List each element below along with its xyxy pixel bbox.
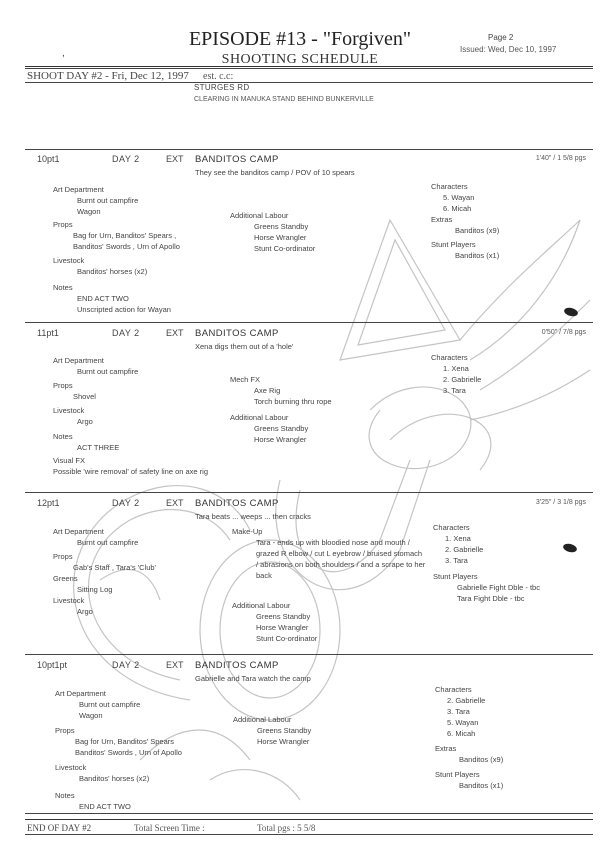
scene-day: DAY 2	[112, 154, 140, 164]
group-heading: Livestock	[53, 405, 253, 416]
group-item: Banditos (x9)	[435, 754, 503, 765]
group-heading: Livestock	[55, 762, 182, 773]
scene-breakdown-middle: Additional Labour Greens Standby Horse W…	[233, 714, 311, 747]
scene-breakdown-left: Art Department Burnt out campfire Wagon …	[53, 184, 180, 315]
shoot-day-label: SHOOT DAY #2 - Fri, Dec 12, 1997	[27, 70, 189, 82]
end-of-day-label: END OF DAY #2	[27, 823, 91, 833]
group-heading: Stunt Players	[435, 769, 503, 780]
group-heading: Characters	[431, 352, 481, 363]
scene-set: BANDITOS CAMP	[195, 660, 279, 671]
group-heading: Stunt Players	[433, 571, 540, 582]
group-heading: Stunt Players	[431, 239, 499, 250]
scene-breakdown-left: Art Department Burnt out campfire Props …	[53, 526, 156, 617]
header-rule	[25, 66, 593, 67]
ink-blot	[562, 542, 578, 553]
scene-length: 3'25" / 3 1/8 pgs	[536, 499, 586, 506]
group-item: Horse Wrangler	[230, 232, 315, 243]
group-heading: Art Department	[53, 526, 156, 537]
scene-length: 1'40" / 1 5/8 pgs	[536, 155, 586, 162]
group-item: Axe Rig	[230, 385, 332, 396]
scene-divider	[25, 149, 593, 150]
group-heading: Extras	[431, 214, 499, 225]
character-item: 5. Wayan	[435, 717, 503, 728]
group-heading: Characters	[435, 684, 503, 695]
group-heading: Additional Labour	[230, 210, 315, 221]
character-item: 2. Gabrielle	[431, 374, 481, 385]
group-item: Horse Wrangler	[230, 434, 332, 445]
scene-breakdown-left: Art Department Burnt out campfire Wagon …	[55, 688, 182, 812]
group-heading: Notes	[55, 790, 182, 801]
group-heading: Livestock	[53, 595, 156, 606]
estimated-cc: est. c.c:	[203, 71, 233, 82]
scene-breakdown-left: Art Department Burnt out campfire Props …	[53, 355, 253, 477]
group-heading: Greens	[53, 573, 156, 584]
page-number: Page 2	[488, 33, 513, 42]
scene-breakdown-middle: Mech FX Axe Rig Torch burning thru rope …	[230, 374, 332, 445]
group-item: Banditos (x9)	[431, 225, 499, 236]
scene-breakdown-right: Characters 1. Xena 2. Gabrielle 3. Tara …	[433, 522, 540, 604]
group-item: Banditos' Swords , Urn of Apollo	[53, 241, 180, 252]
group-item: Shovel	[53, 391, 253, 402]
group-item: Burnt out campfire	[53, 366, 253, 377]
group-item: Tara - ends up with bloodied nose and mo…	[232, 537, 426, 581]
group-item: Banditos (x1)	[431, 250, 499, 261]
group-heading: Props	[53, 380, 253, 391]
ink-blot	[563, 306, 579, 317]
scene-number: 10pt1pt	[37, 660, 67, 670]
group-heading: Props	[53, 551, 156, 562]
group-item: Stunt Co-ordinator	[232, 633, 426, 644]
character-item: 3. Tara	[435, 706, 503, 717]
group-heading: Props	[55, 725, 182, 736]
scene-set: BANDITOS CAMP	[195, 498, 279, 509]
character-item: 6. Micah	[431, 203, 499, 214]
character-item: 3. Tara	[433, 555, 540, 566]
group-heading: Art Department	[53, 184, 180, 195]
group-item: Bag for Urn, Banditos' Spears ,	[53, 230, 180, 241]
scene-int-ext: EXT	[166, 498, 184, 508]
group-heading: Characters	[431, 181, 499, 192]
group-heading: Notes	[53, 431, 253, 442]
group-item: Greens Standby	[233, 725, 311, 736]
group-heading: Characters	[433, 522, 540, 533]
group-item: Wagon	[55, 710, 182, 721]
group-heading: Props	[53, 219, 180, 230]
scene-breakdown-right: Characters 2. Gabrielle 3. Tara 5. Wayan…	[435, 684, 503, 791]
character-item: 5. Wayan	[431, 192, 499, 203]
group-item: Burnt out campfire	[53, 537, 156, 548]
character-item: 1. Xena	[431, 363, 481, 374]
scene-breakdown-right: Characters 5. Wayan 6. Micah Extras Band…	[431, 181, 499, 261]
group-item: Possible 'wire removal' of safety line o…	[53, 466, 253, 477]
group-heading: Mech FX	[230, 374, 332, 385]
group-item: Argo	[53, 606, 156, 617]
group-item: Torch burning thru rope	[230, 396, 332, 407]
group-item: Horse Wrangler	[232, 622, 426, 633]
group-heading: Additional Labour	[232, 600, 426, 611]
scene-synopsis: They see the banditos camp / POV of 10 s…	[195, 168, 355, 177]
scene-int-ext: EXT	[166, 660, 184, 670]
group-heading: Make-Up	[232, 526, 426, 537]
scene-breakdown-middle: Make-Up Tara - ends up with bloodied nos…	[232, 526, 426, 644]
group-heading: Extras	[435, 743, 503, 754]
group-item: Horse Wrangler	[233, 736, 311, 747]
group-heading: Additional Labour	[230, 412, 332, 423]
scene-day: DAY 2	[112, 498, 140, 508]
scene-synopsis: Tara beats ... weeps ... then cracks	[195, 512, 311, 521]
group-item: Gab's Staff , Tara's 'Club'	[53, 562, 156, 573]
scene-set: BANDITOS CAMP	[195, 154, 279, 165]
footer-rule-bottom	[25, 834, 593, 835]
group-item: Sitting Log	[53, 584, 156, 595]
group-item: Greens Standby	[230, 221, 315, 232]
group-heading: Art Department	[53, 355, 253, 366]
shoot-day-rule	[25, 82, 593, 83]
scene-synopsis: Gabrielle and Tara watch the camp	[195, 674, 311, 683]
character-item: 6. Micah	[435, 728, 503, 739]
scene-number: 12pt1	[37, 498, 60, 508]
total-pages: Total pgs : 5 5/8	[257, 823, 315, 833]
scene-divider	[25, 322, 593, 323]
scene-set: BANDITOS CAMP	[195, 328, 279, 339]
character-item: 1. Xena	[433, 533, 540, 544]
header-rule-thin	[25, 68, 593, 69]
scene-number: 10pt1	[37, 154, 60, 164]
group-heading: Visual FX	[53, 455, 253, 466]
character-item: 3. Tara	[431, 385, 481, 396]
group-heading: Notes	[53, 282, 180, 293]
group-item: Tara Fight Dble - tbc	[433, 593, 540, 604]
group-item: Banditos' Swords , Urn of Apollo	[55, 747, 182, 758]
scene-breakdown-right: Characters 1. Xena 2. Gabrielle 3. Tara	[431, 352, 481, 396]
group-item: Burnt out campfire	[55, 699, 182, 710]
group-item: Banditos' horses (x2)	[55, 773, 182, 784]
scene-number: 11pt1	[37, 328, 59, 338]
scene-int-ext: EXT	[166, 154, 184, 164]
location-line-1: STURGES RD	[194, 83, 249, 92]
group-heading: Additional Labour	[233, 714, 311, 725]
group-item: END ACT TWO	[55, 801, 182, 812]
group-item: Argo	[53, 416, 253, 427]
group-item: Banditos' horses (x2)	[53, 266, 180, 277]
location-line-2: CLEARING IN MANUKA STAND BEHIND BUNKERVI…	[194, 96, 374, 103]
group-item: END ACT TWO	[53, 293, 180, 304]
group-heading: Art Department	[55, 688, 182, 699]
group-item: Stunt Co-ordinator	[230, 243, 315, 254]
group-item: Burnt out campfire	[53, 195, 180, 206]
scene-divider	[25, 492, 593, 493]
footer-rule-thick	[25, 819, 593, 820]
group-item: Unscripted action for Wayan	[53, 304, 180, 315]
footer-rule	[25, 813, 593, 814]
group-heading: Livestock	[53, 255, 180, 266]
character-item: 2. Gabrielle	[435, 695, 503, 706]
group-item: Banditos (x1)	[435, 780, 503, 791]
group-item: Gabrielle Fight Dble - tbc	[433, 582, 540, 593]
scene-day: DAY 2	[112, 328, 140, 338]
issued-date: Issued: Wed, Dec 10, 1997	[460, 45, 556, 54]
group-item: Wagon	[53, 206, 180, 217]
scene-synopsis: Xena digs them out of a 'hole'	[195, 342, 293, 351]
scene-divider	[25, 654, 593, 655]
scene-breakdown-middle: Additional Labour Greens Standby Horse W…	[230, 210, 315, 254]
group-item: ACT THREE	[53, 442, 253, 453]
scene-day: DAY 2	[112, 660, 140, 670]
group-item: Greens Standby	[230, 423, 332, 434]
scene-length: 0'50" / 7/8 pgs	[542, 329, 586, 336]
scene-int-ext: EXT	[166, 328, 184, 338]
group-item: Bag for Urn, Banditos' Spears	[55, 736, 182, 747]
total-screen-time: Total Screen Time :	[134, 823, 205, 833]
group-item: Greens Standby	[232, 611, 426, 622]
character-item: 2. Gabrielle	[433, 544, 540, 555]
